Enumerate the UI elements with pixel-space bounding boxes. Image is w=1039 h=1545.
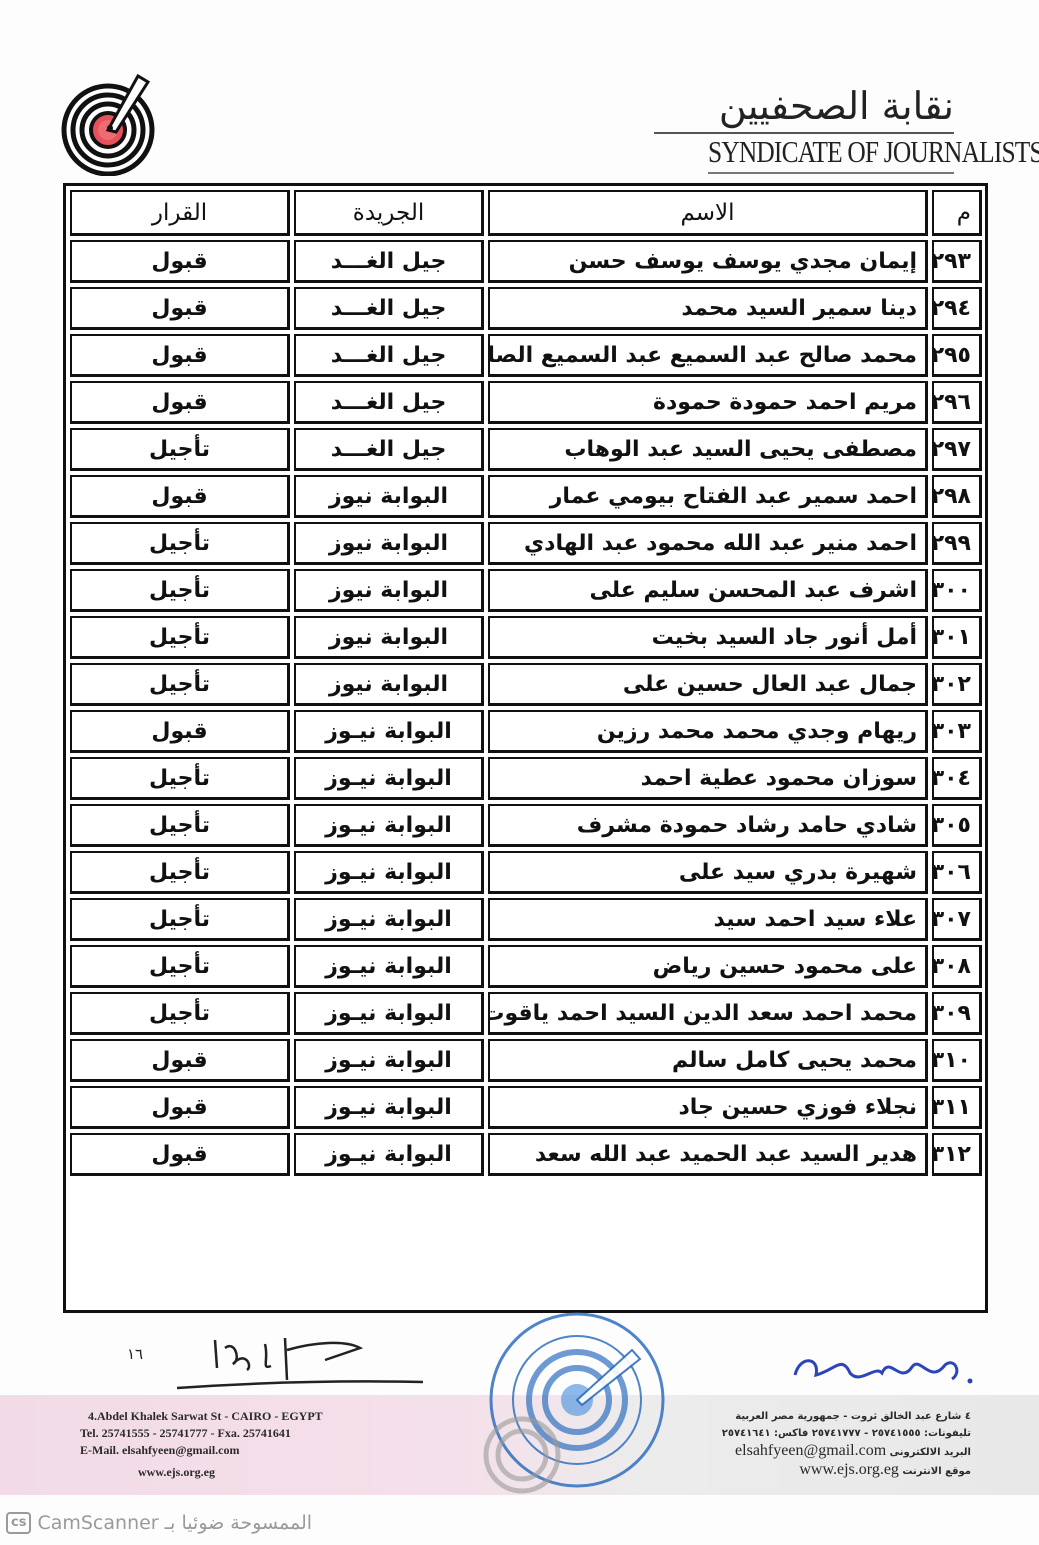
decision: تأجيل [70,851,290,894]
footer-website-ar[interactable]: www.ejs.org.eg [799,1461,899,1478]
applicant-name: علاء سيد احمد سيد [488,898,928,941]
table-row: ٢٩٦مريم احمد حمودة حمودةجيل الغـــدقبول [70,381,982,424]
newspaper: البوابة نيـوز [294,1133,484,1176]
brand-name-arabic: نقابة الصحفيين [654,84,954,134]
applicant-name: شادي حامد رشاد حمودة مشرف [488,804,928,847]
table-row: ٣٠٣ريهام وجدي محمد محمد رزينالبوابة نيـو… [70,710,982,753]
table-row: ٣١١نجلاء فوزي حسين جادالبوابة نيـوزقبول [70,1086,982,1129]
column-header-name: الاسم [488,190,928,236]
camscanner-text-en: CamScanner [37,1512,158,1534]
newspaper: البوابة نيوز [294,663,484,706]
decision: تأجيل [70,804,290,847]
camscanner-watermark: cs CamScanner الممسوحة ضوئيا بـ [6,1508,312,1538]
applicant-name: إيمان مجدي يوسف يوسف حسن [488,240,928,283]
footer-website-en[interactable]: www.ejs.org.eg [80,1464,400,1481]
newspaper: البوابة نيـوز [294,710,484,753]
footer-address-en: 4.Abdel Khalek Sarwat St - CAIRO - EGYPT [80,1408,400,1425]
newspaper: جيل الغـــد [294,287,484,330]
footer-address-ar: ٤ شارع عبد الخالق ثروت - جمهورية مصر الع… [611,1408,971,1425]
applicant-name: مصطفى يحيى السيد عبد الوهاب [488,428,928,471]
applicant-name: ريهام وجدي محمد محمد رزين [488,710,928,753]
decision: قبول [70,1133,290,1176]
decision: تأجيل [70,992,290,1035]
row-number: ٣١٢ [932,1133,982,1176]
applicant-name: محمد صالح عبد السميع عبد السميع الصالحي [488,334,928,377]
newspaper: البوابة نيـوز [294,945,484,988]
newspaper: البوابة نيـوز [294,1086,484,1129]
newspaper: جيل الغـــد [294,428,484,471]
table-row: ٣٠١أمل أنور جاد السيد بخيتالبوابة نيوزتأ… [70,616,982,659]
footer-email-ar[interactable]: elsahfyeen@gmail.com [735,1442,886,1459]
table-row: ٢٩٤دينا سمير السيد محمدجيل الغـــدقبول [70,287,982,330]
row-number: ٣١٠ [932,1039,982,1082]
row-number: ٣١١ [932,1086,982,1129]
footer-web-label-ar: موقع الانترنت [902,1466,971,1477]
decision: قبول [70,287,290,330]
table-row: ٣٠٠اشرف عبد المحسن سليم علىالبوابة نيوزت… [70,569,982,612]
row-number: ٣٠٨ [932,945,982,988]
table-row: ٣٠٨على محمود حسين رياضالبوابة نيـوزتأجيل [70,945,982,988]
row-number: ٣٠٠ [932,569,982,612]
brand-name-english: SYNDICATE OF JOURNALISTS [708,134,954,174]
table-row: ٢٩٩احمد منير عبد الله محمود عبد الهاديال… [70,522,982,565]
syndicate-brand: نقابة الصحفيين SYNDICATE OF JOURNALISTS [654,84,954,174]
decision: تأجيل [70,428,290,471]
decision: قبول [70,1039,290,1082]
row-number: ٣٠٥ [932,804,982,847]
row-number: ٣٠٣ [932,710,982,753]
newspaper: البوابة نيـوز [294,804,484,847]
applicant-name: على محمود حسين رياض [488,945,928,988]
applicant-name: محمد يحيى كامل سالم [488,1039,928,1082]
decision: قبول [70,475,290,518]
decision: قبول [70,710,290,753]
table-header-row: م الاسم الجريدة القرار [70,190,982,236]
camscanner-text-ar: الممسوحة ضوئيا بـ [165,1512,312,1534]
table-row: ٣٠٧علاء سيد احمد سيدالبوابة نيـوزتأجيل [70,898,982,941]
newspaper: البوابة نيـوز [294,851,484,894]
applicants-table-frame: م الاسم الجريدة القرار ٢٩٣إيمان مجدي يوس… [63,183,988,1313]
applicant-name: سوزان محمود عطية احمد [488,757,928,800]
table-row: ٢٩٨احمد سمير عبد الفتاح بيومي عمارالبواب… [70,475,982,518]
applicant-name: هدير السيد عبد الحميد عبد الله سعد [488,1133,928,1176]
applicant-name: اشرف عبد المحسن سليم على [488,569,928,612]
newspaper: البوابة نيـوز [294,898,484,941]
decision: تأجيل [70,569,290,612]
applicants-table: م الاسم الجريدة القرار ٢٩٣إيمان مجدي يوس… [66,186,986,1180]
signature-left-icon [175,1330,425,1390]
applicant-name: أمل أنور جاد السيد بخيت [488,616,928,659]
decision: قبول [70,381,290,424]
decision: تأجيل [70,898,290,941]
newspaper: جيل الغـــد [294,334,484,377]
decision: قبول [70,240,290,283]
row-number: ٢٩٧ [932,428,982,471]
newspaper: البوابة نيـوز [294,992,484,1035]
syndicate-target-logo-icon [58,68,166,176]
row-number: ٣٠٩ [932,992,982,1035]
newspaper: البوابة نيوز [294,475,484,518]
table-row: ٢٩٥محمد صالح عبد السميع عبد السميع الصال… [70,334,982,377]
decision: قبول [70,334,290,377]
table-row: ٣٠٦شهيرة بدري سيد علىالبوابة نيـوزتأجيل [70,851,982,894]
applicant-name: مريم احمد حمودة حمودة [488,381,928,424]
newspaper: جيل الغـــد [294,381,484,424]
applicant-name: دينا سمير السيد محمد [488,287,928,330]
row-number: ٣٠٦ [932,851,982,894]
footer-contact-english: 4.Abdel Khalek Sarwat St - CAIRO - EGYPT… [80,1408,400,1481]
page-number: ١٦ [127,1345,143,1363]
newspaper: البوابة نيوز [294,569,484,612]
newspaper: جيل الغـــد [294,240,484,283]
applicant-name: شهيرة بدري سيد على [488,851,928,894]
applicant-name: احمد منير عبد الله محمود عبد الهادي [488,522,928,565]
newspaper: البوابة نيوز [294,616,484,659]
applicant-name: محمد احمد سعد الدين السيد احمد ياقوت [488,992,928,1035]
footer-email-row-ar: البريد الالكترونى elsahfyeen@gmail.com [611,1442,971,1461]
row-number: ٢٩٥ [932,334,982,377]
footer-phones-en: Tel. 25741555 - 25741777 - Fxa. 25741641 [80,1425,400,1442]
decision: تأجيل [70,616,290,659]
footer-email-label-ar: البريد الالكترونى [890,1447,971,1458]
newspaper: البوابة نيـوز [294,1039,484,1082]
scanned-document-page: نقابة الصحفيين SYNDICATE OF JOURNALISTS … [0,0,1039,1545]
applicant-name: نجلاء فوزي حسين جاد [488,1086,928,1129]
row-number: ٢٩٩ [932,522,982,565]
column-header-number: م [932,190,982,236]
row-number: ٣٠٢ [932,663,982,706]
newspaper: البوابة نيـوز [294,757,484,800]
decision: قبول [70,1086,290,1129]
table-row: ٢٩٣إيمان مجدي يوسف يوسف حسنجيل الغـــدقب… [70,240,982,283]
row-number: ٢٩٦ [932,381,982,424]
row-number: ٣٠٤ [932,757,982,800]
table-row: ٣١٠محمد يحيى كامل سالمالبوابة نيـوزقبول [70,1039,982,1082]
footer-web-row-ar: موقع الانترنت www.ejs.org.eg [611,1461,971,1480]
table-row: ٣٠٥شادي حامد رشاد حمودة مشرفالبوابة نيـو… [70,804,982,847]
row-number: ٢٩٣ [932,240,982,283]
footer-contact-arabic: ٤ شارع عبد الخالق ثروت - جمهورية مصر الع… [611,1408,971,1480]
applicant-name: احمد سمير عبد الفتاح بيومي عمار [488,475,928,518]
column-header-decision: القرار [70,190,290,236]
row-number: ٢٩٤ [932,287,982,330]
row-number: ٢٩٨ [932,475,982,518]
decision: تأجيل [70,663,290,706]
table-row: ٣٠٢جمال عبد العال حسين علىالبوابة نيوزتأ… [70,663,982,706]
footer-email-en[interactable]: E-Mail. elsahfyeen@gmail.com [80,1442,400,1459]
decision: تأجيل [70,945,290,988]
newspaper: البوابة نيوز [294,522,484,565]
table-row: ٣٠٤سوزان محمود عطية احمدالبوابة نيـوزتأج… [70,757,982,800]
signature-right-icon [780,1345,980,1395]
row-number: ٣٠١ [932,616,982,659]
camscanner-logo-icon: cs [6,1512,31,1534]
table-row: ٢٩٧مصطفى يحيى السيد عبد الوهابجيل الغـــ… [70,428,982,471]
applicant-name: جمال عبد العال حسين على [488,663,928,706]
table-row: ٣٠٩محمد احمد سعد الدين السيد احمد ياقوتا… [70,992,982,1035]
column-header-newspaper: الجريدة [294,190,484,236]
row-number: ٣٠٧ [932,898,982,941]
table-row: ٣١٢هدير السيد عبد الحميد عبد الله سعدالب… [70,1133,982,1176]
footer-phones-ar: تليفونات: ٢٥٧٤١٥٥٥ - ٢٥٧٤١٧٧٧ فاكس: ٢٥٧٤… [611,1425,971,1442]
decision: تأجيل [70,522,290,565]
decision: تأجيل [70,757,290,800]
